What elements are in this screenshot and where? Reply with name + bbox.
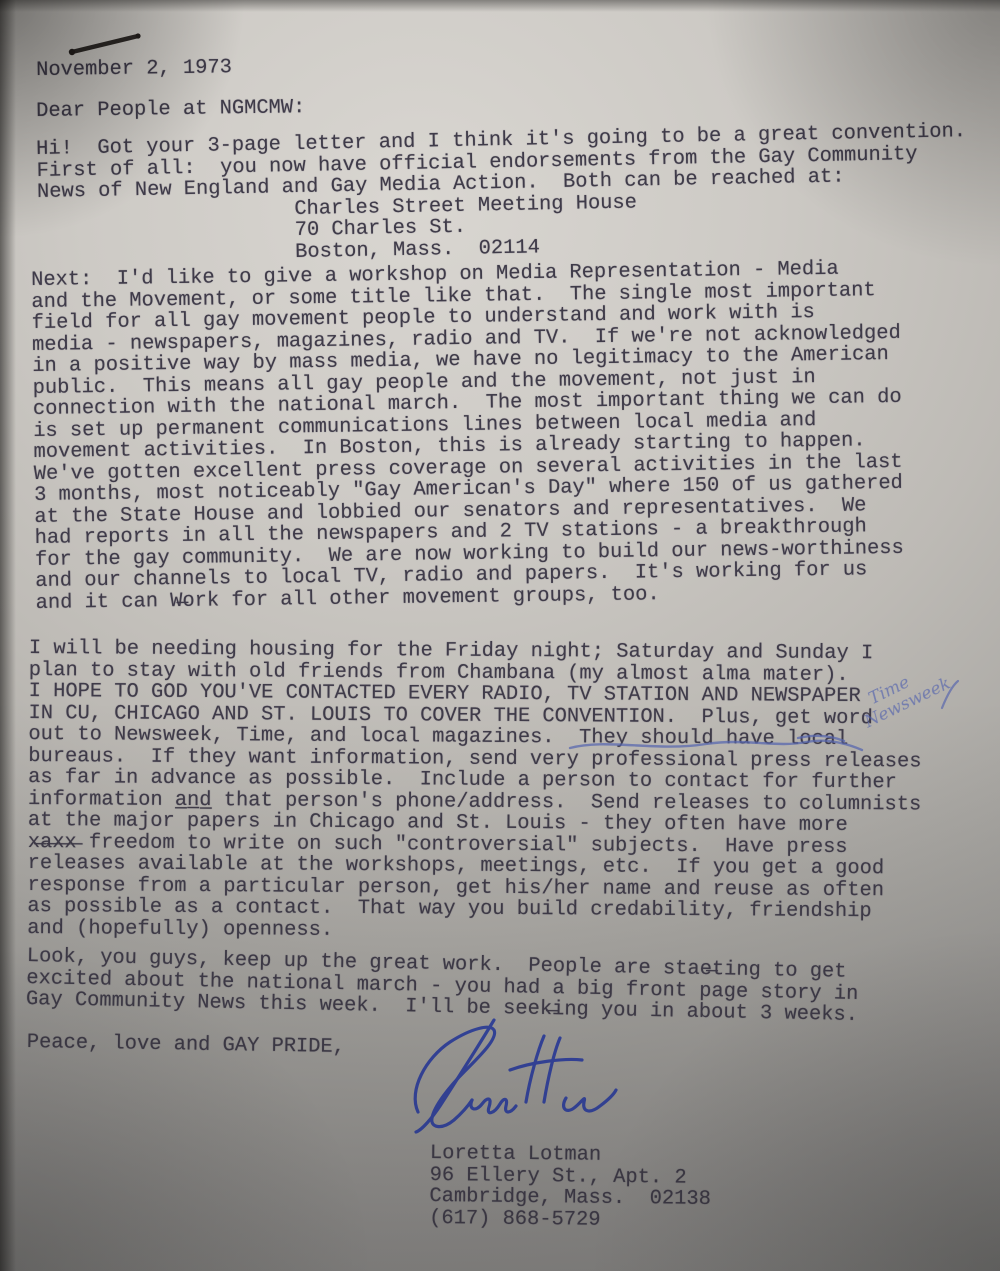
- letter-page: November 2, 1973 Dear People at NGMCMW: …: [0, 0, 1000, 1271]
- paragraph-housing-press: I will be needing housing for the Friday…: [27, 638, 922, 944]
- salutation: Dear People at NGMCMW:: [36, 97, 305, 122]
- staple-icon: [64, 26, 148, 60]
- handwritten-signature: [398, 1014, 630, 1136]
- pen-underline: [566, 734, 870, 758]
- signature-address-block: Loretta Lotman96 Ellery St., Apt. 2Cambr…: [429, 1143, 711, 1232]
- paragraph-workshop-media: Next: I'd like to give a workshop on Med…: [31, 258, 905, 614]
- paragraph-endorsements: Hi! Got your 3-page letter and I think i…: [36, 121, 968, 268]
- letter-date: November 2, 1973: [36, 57, 232, 81]
- typed-line: (617) 868-5729: [429, 1207, 711, 1231]
- closing-line: Peace, love and GAY PRIDE,: [27, 1032, 345, 1058]
